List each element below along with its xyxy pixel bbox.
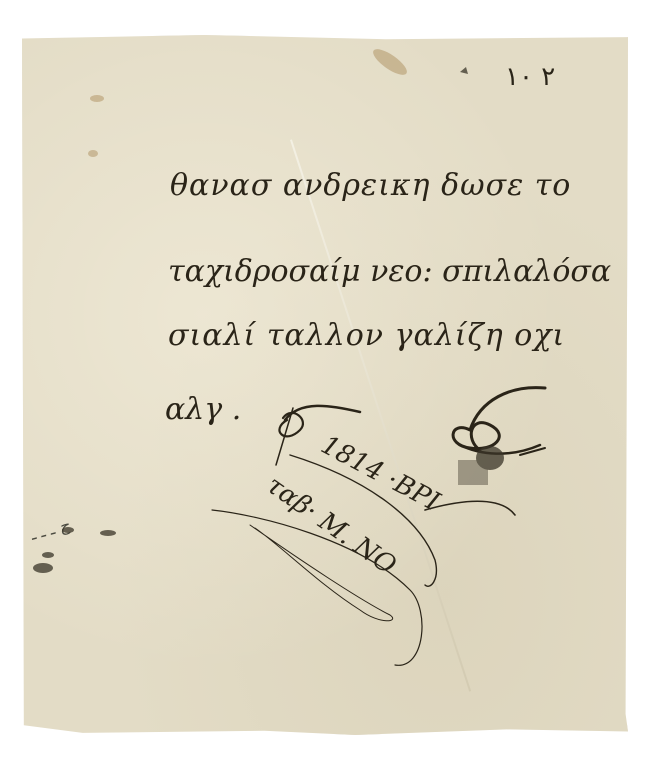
sweep-line-3 [290,455,436,586]
signature-loop [453,388,545,450]
sweep-line-1 [212,510,422,665]
signature-flourishes [0,0,672,768]
sweep-line-2 [250,525,393,621]
